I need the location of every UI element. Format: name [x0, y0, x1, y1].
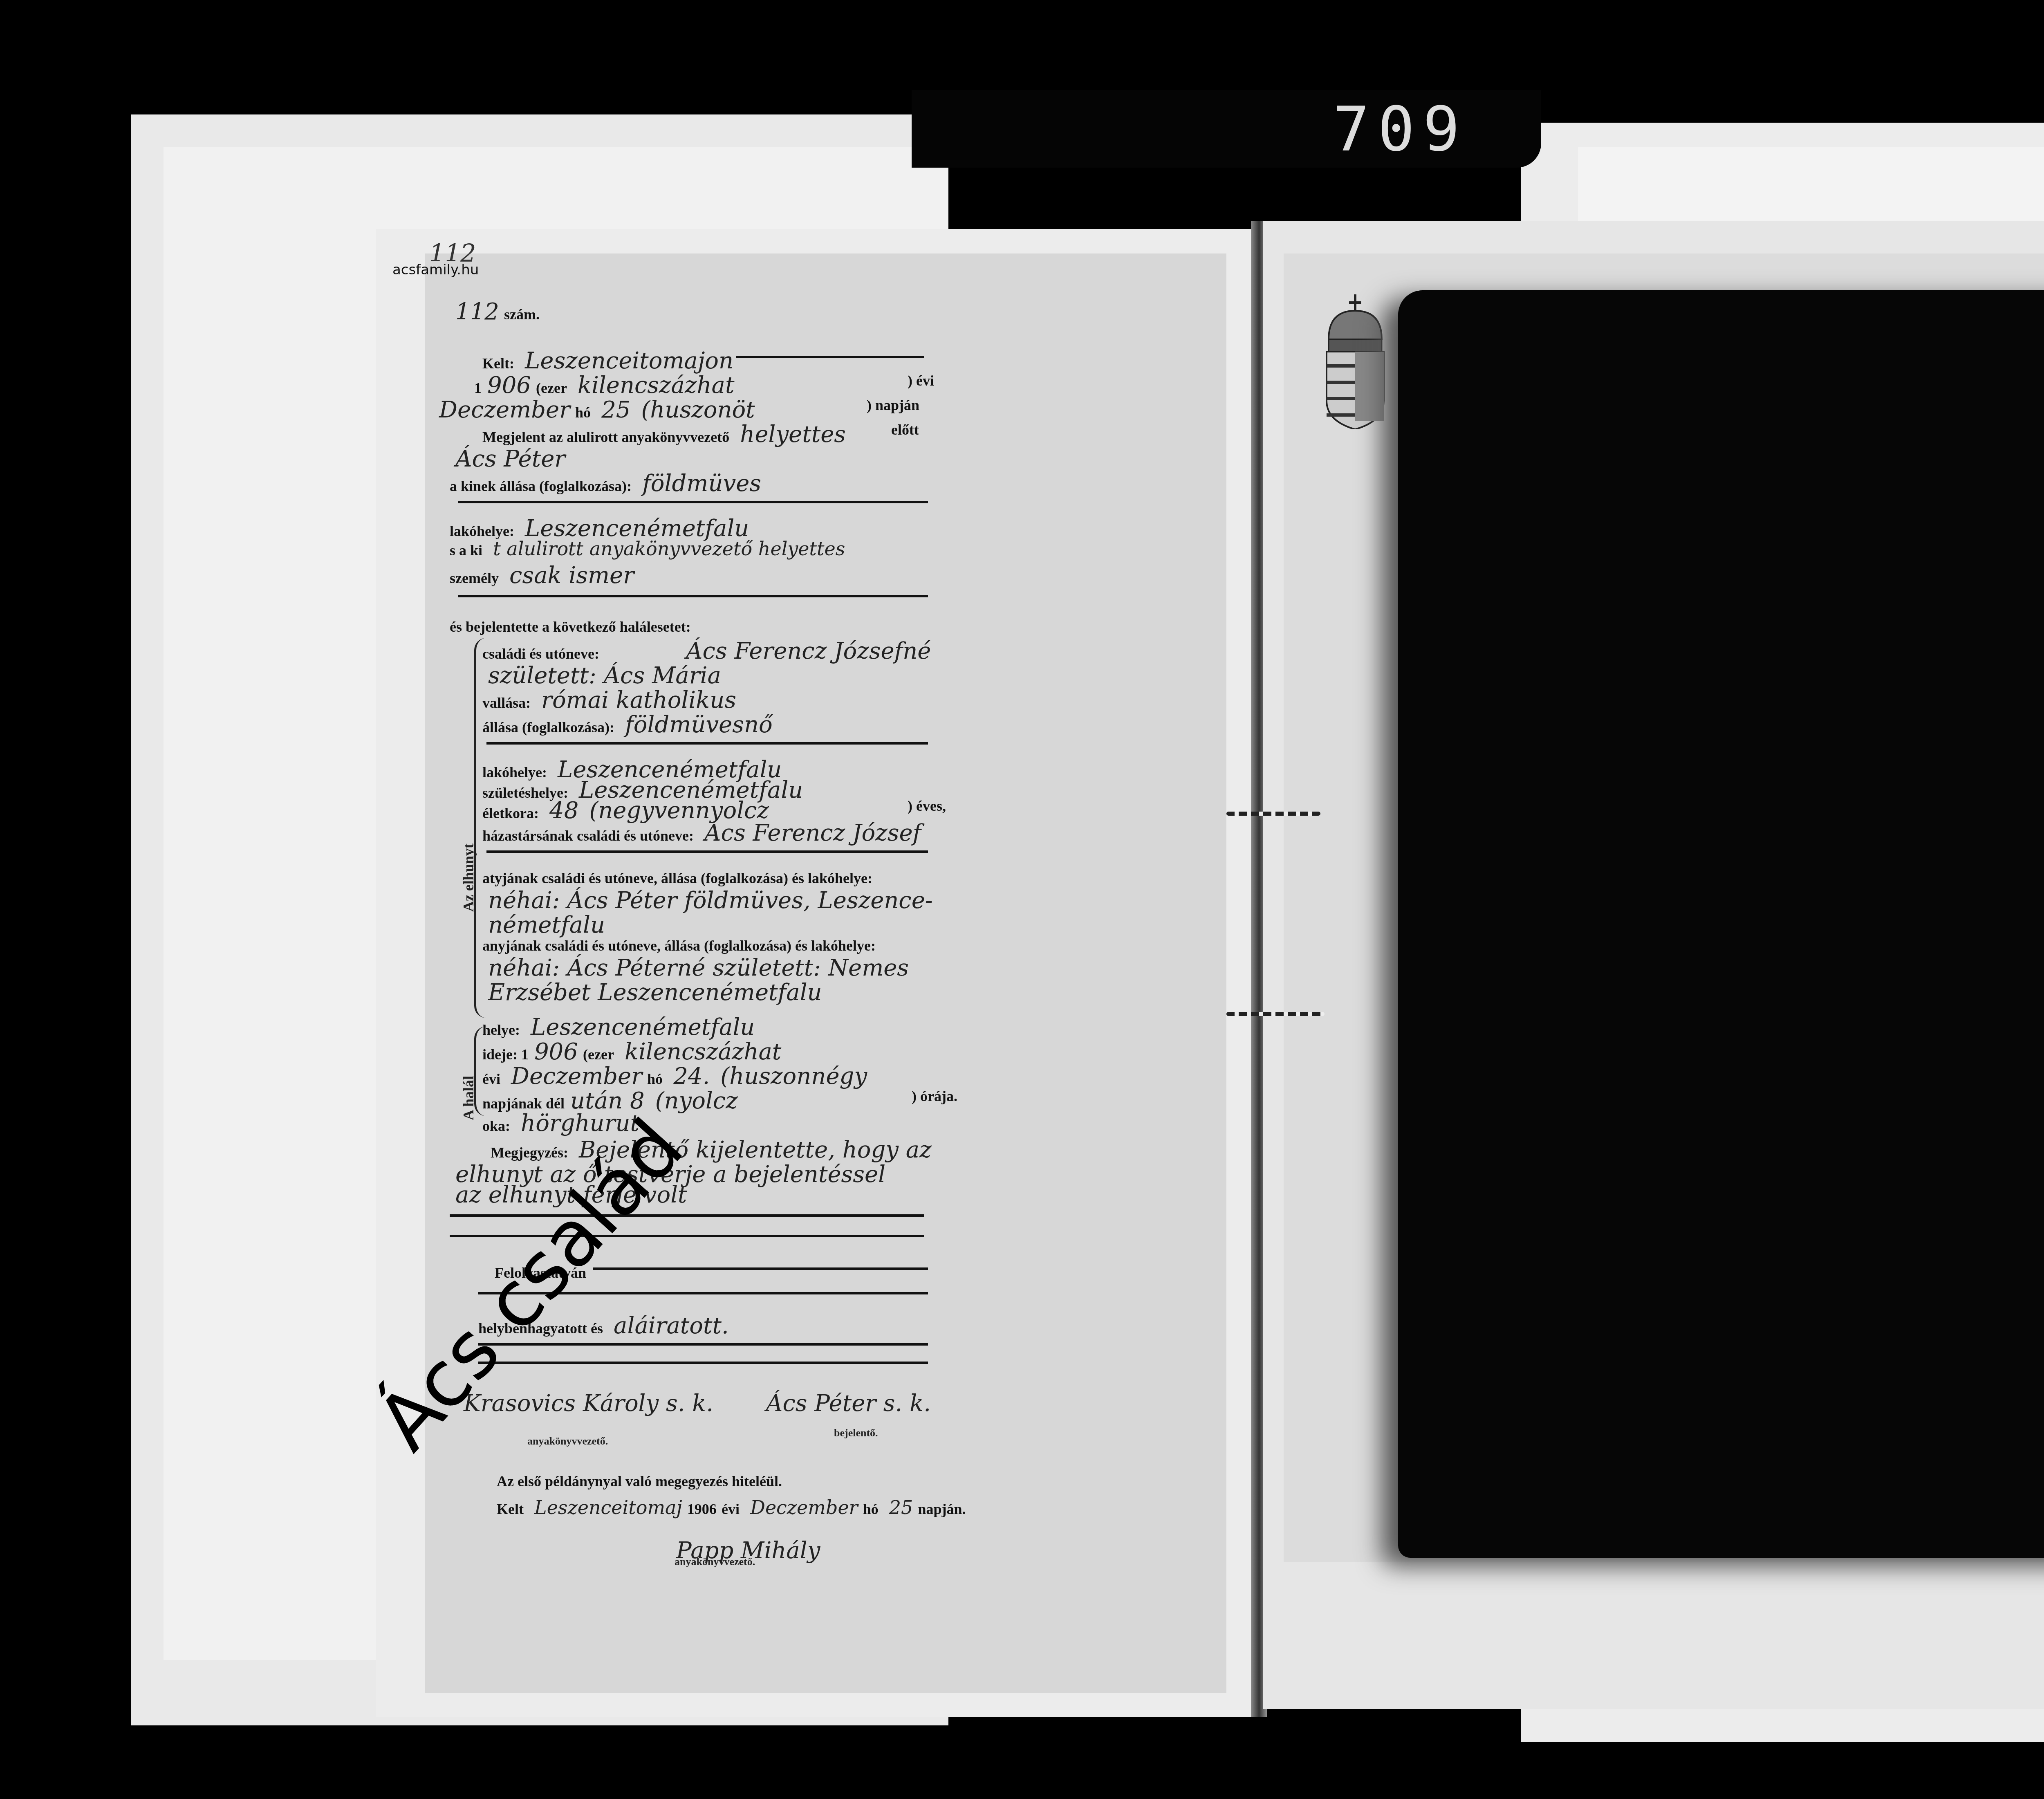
mother-value-row-1: néhai: Ács Péterné született: Nemes [482, 955, 1247, 981]
deceased-spouse-row: házastársának családi és utóneve: Ács Fe… [482, 820, 1247, 846]
father-label-row: atyjának családi és utóneve, állása (fog… [482, 869, 1247, 887]
felolvastatvan-row: Felolvastatván [495, 1263, 1259, 1281]
fill-line [486, 742, 928, 745]
fill-line [478, 1343, 928, 1346]
fill-line [458, 595, 928, 597]
death-time-row: ideje: 1906 (ezer kilencszázhat [482, 1039, 1247, 1065]
fill-line [593, 1267, 928, 1270]
father-value-row-2: németfalu [482, 912, 1247, 938]
mother-value-row-2: Erzsébet Leszencenémetfalu [482, 979, 1247, 1006]
deceased-born-row: született: Ács Mária [482, 662, 1247, 689]
reporter-signature: Ács Péter s. k. [766, 1390, 931, 1417]
black-folder-cover [1398, 290, 2044, 1558]
fill-line [736, 356, 924, 358]
hungarian-coat-of-arms-icon [1320, 294, 1390, 429]
mother-label-row: anyjának családi és utóneve, állása (fog… [482, 936, 1247, 954]
deceased-name-row: családi és utóneve: Ács Ferencz Józsefné [482, 638, 1247, 664]
szemely-row: személy csak ismer [450, 562, 1214, 589]
death-cause-row: oka: hörghurut [482, 1110, 1247, 1137]
record-number: 112 [455, 298, 499, 325]
final-signature-row: Papp Mihály [670, 1537, 1435, 1564]
date-row: Deczember hó 25 (huszonöt ) napján [433, 397, 1198, 423]
death-place-row: helye: Leszencenémetfalu [482, 1014, 1247, 1041]
signatures-row: Krasovics Károly s. k. Ács Péter s. k. [458, 1390, 1222, 1417]
deceased-religion-row: vallása: római katholikus [482, 687, 1247, 713]
fill-line [458, 501, 928, 503]
certify-row: Az első példánynyal való megegyezés hite… [497, 1472, 1261, 1490]
fill-line [478, 1362, 928, 1364]
announce-row: és bejelentette a következő halálesetet: [450, 617, 1214, 635]
deceased-occupation-row: állása (foglalkozása): földmüvesnő [482, 711, 1247, 738]
saki-row: s a ki t alulirott anyakönyvvezető helye… [450, 538, 1214, 560]
approved-row: helybenhagyatott és aláiratott. [478, 1312, 1243, 1339]
reporter-label: bejelentő. [834, 1427, 878, 1439]
death-section-label: A halál [460, 1076, 477, 1120]
site-watermark: acsfamily.hu [392, 262, 479, 278]
final-kelt-row: Kelt Leszenceitomaj 1906 évi Deczember h… [497, 1496, 1261, 1519]
father-value-row-1: néhai: Ács Péter földmüves, Leszence- [482, 887, 1247, 914]
fill-line [450, 1214, 924, 1217]
reporter-name-row: Ács Péter [450, 446, 1214, 472]
kelt-value: Leszenceitomajon [525, 348, 733, 374]
registrar-signature: Krasovics Károly s. k. [464, 1390, 713, 1417]
year-row: 1906 (ezer kilencszázhat ) évi [474, 372, 1239, 399]
registrar-label: anyakönyvvezető. [527, 1435, 608, 1447]
death-date-row: évi Deczember hó 24. (huszonnégy [482, 1063, 1247, 1090]
fill-line [486, 850, 928, 853]
megjelent-row: Megjelent az alulirott anyakönyvvezető h… [482, 421, 1247, 448]
kelt-row: Kelt: Leszenceitomajon [482, 348, 1247, 374]
deceased-section-label: Az elhunyt [460, 843, 477, 912]
film-frame-counter: 709 [1333, 94, 1468, 165]
reporter-occupation-row: a kinek állása (foglalkozása): földmüves [450, 470, 1214, 497]
final-signature-label: anyakönyvvezető. [675, 1556, 755, 1568]
record-number-row: 112 szám. [450, 298, 1214, 325]
